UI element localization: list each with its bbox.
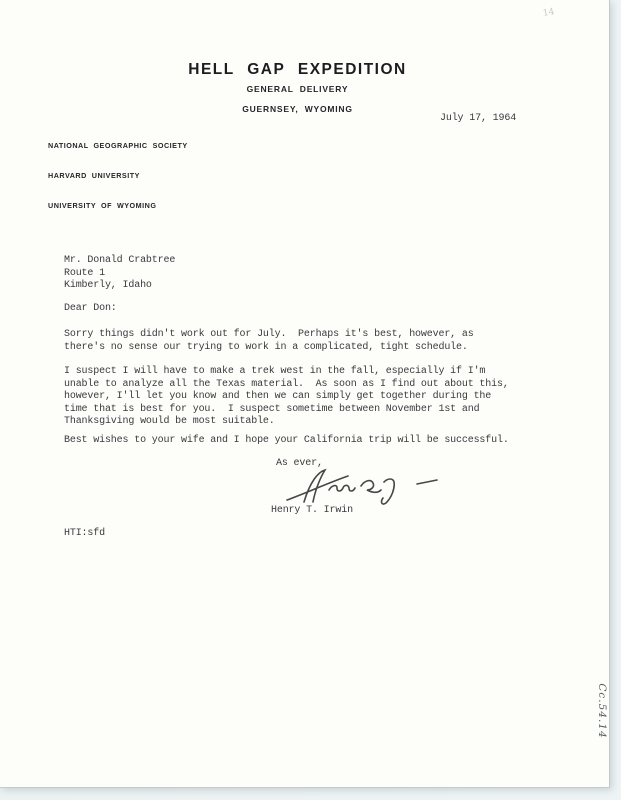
institution-line: HARVARD UNIVERSITY (48, 171, 188, 181)
catalog-number-annotation: Cc.54.14 (594, 674, 608, 748)
body-paragraph-1: Sorry things didn't work out for July. P… (64, 329, 474, 354)
corner-pencil-mark: 14 (542, 7, 555, 19)
salutation: Dear Don: (64, 303, 117, 316)
letterhead-general-delivery: GENERAL DELIVERY (0, 84, 595, 94)
recipient-address-block: Mr. Donald Crabtree Route 1 Kimberly, Id… (64, 255, 175, 293)
institution-line: NATIONAL GEOGRAPHIC SOCIETY (48, 141, 188, 151)
typist-initials: HTI:sfd (64, 528, 105, 541)
letterhead-title: HELL GAP EXPEDITION (0, 61, 595, 79)
typed-signature-name: Henry T. Irwin (271, 505, 353, 518)
handwritten-signature (284, 467, 444, 509)
institution-line: UNIVERSITY OF WYOMING (48, 201, 188, 211)
letter-date: July 17, 1964 (440, 113, 516, 126)
letter-page: 14 HELL GAP EXPEDITION GENERAL DELIVERY … (0, 0, 610, 788)
body-paragraph-3: Best wishes to your wife and I hope your… (64, 435, 509, 448)
letterhead-institutions: NATIONAL GEOGRAPHIC SOCIETY HARVARD UNIV… (48, 121, 188, 231)
body-paragraph-2: I suspect I will have to make a trek wes… (64, 366, 509, 429)
